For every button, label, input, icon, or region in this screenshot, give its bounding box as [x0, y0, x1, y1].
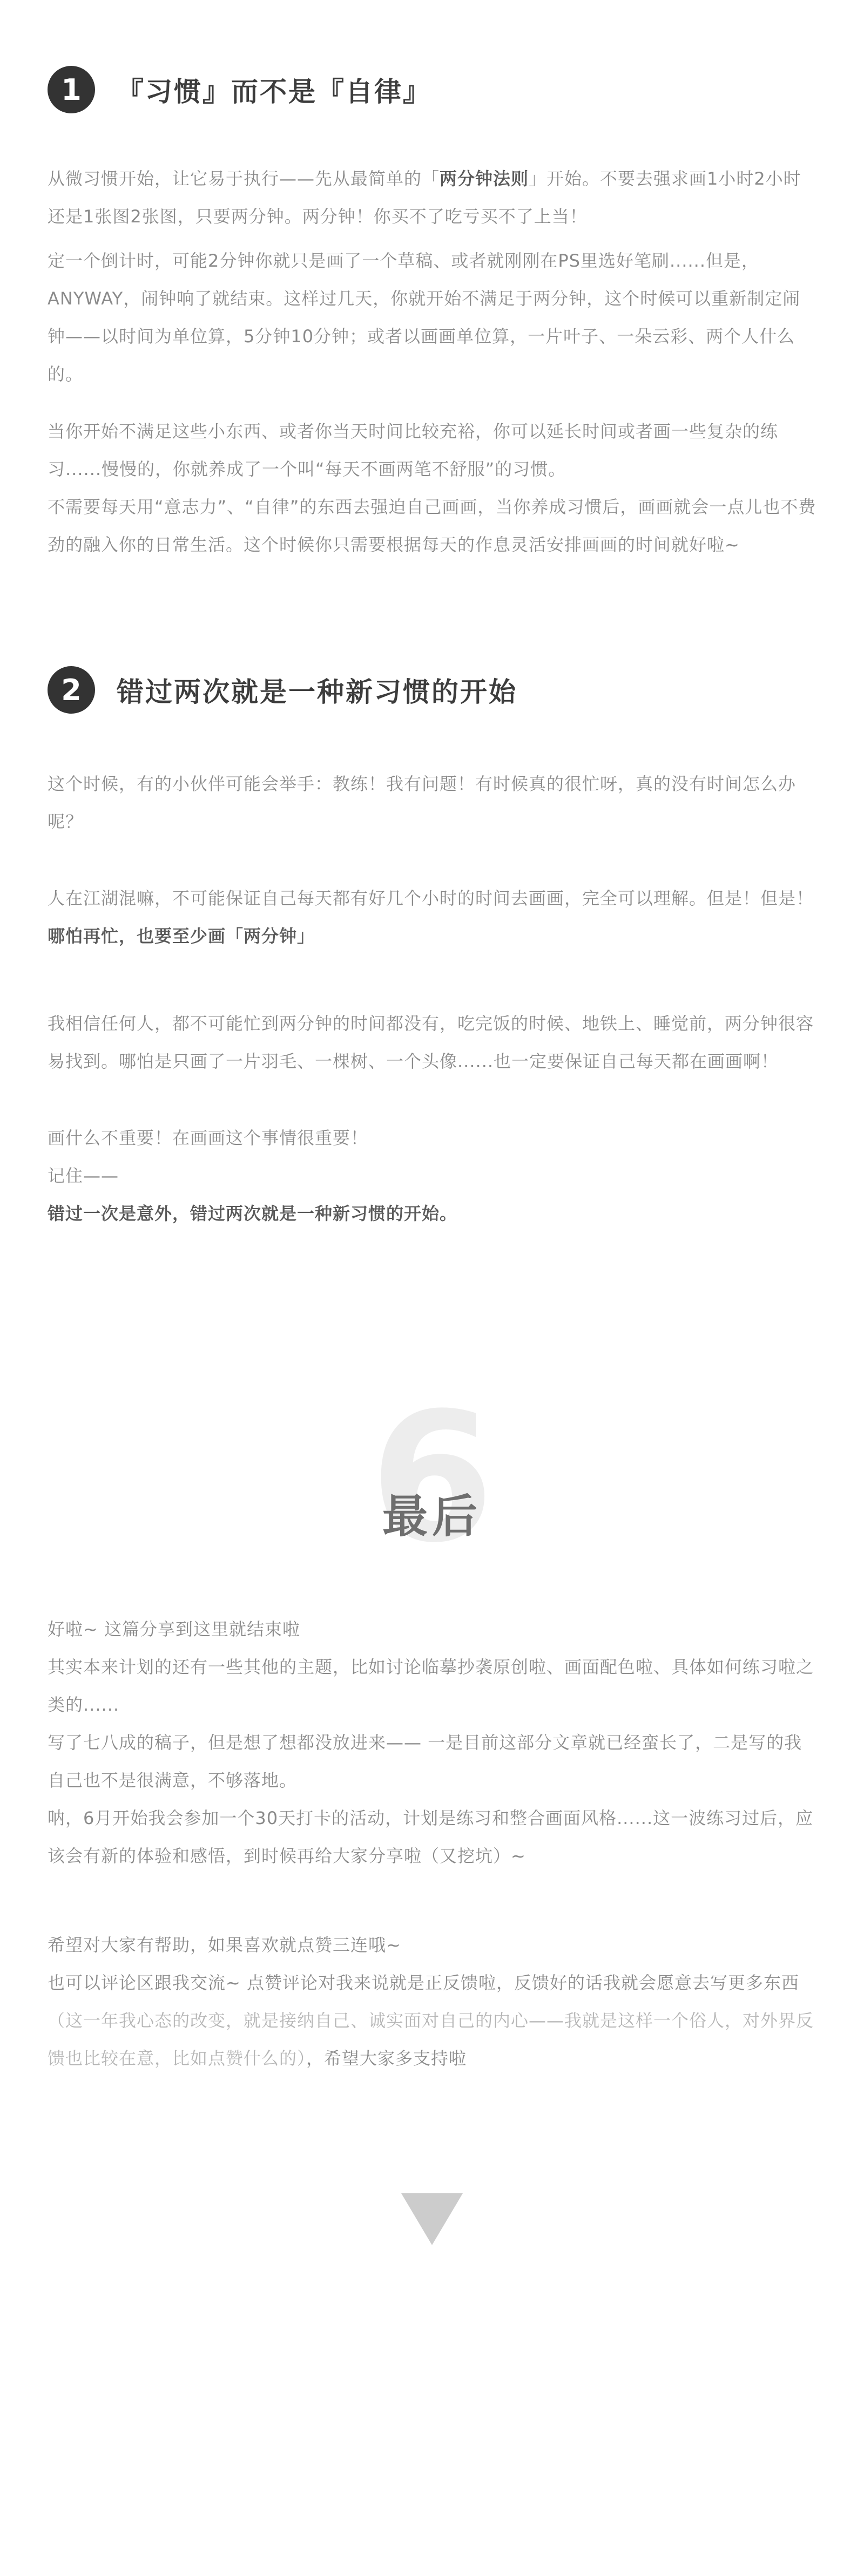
text-run: 这个时候，有的小伙伴可能会举手：教练！我有问题！有时候真的很忙呀，真的没有时间怎… — [48, 774, 796, 832]
article-content: 1 『习惯』而不是『自律』 从微习惯开始，让它易于执行——先从最简单的「两分钟法… — [0, 66, 864, 2245]
text-run: 不需要每天用“意志力”、“自律”的东西去强迫自己画画，当你养成习惯后，画画就会一… — [48, 497, 816, 555]
text-run: 错过一次是意外，错过两次就是一种新习惯的开始。 — [48, 1203, 457, 1224]
final-section-header: 6 最后 — [48, 1411, 816, 1545]
paragraph: 好啦~ 这篇分享到这里就结束啦 — [48, 1610, 816, 1648]
section-1-header: 1 『习惯』而不是『自律』 — [48, 66, 816, 113]
section-1-number: 1 — [61, 73, 82, 107]
paragraph: 人在江湖混嘛，不可能保证自己每天都有好几个小时的时间去画画，完全可以理解。但是！… — [48, 879, 816, 955]
paragraph: 定一个倒计时，可能2分钟你就只是画了一个草稿、或者就刚刚在PS里选好笔刷....… — [48, 242, 816, 393]
section-1-paragraphs: 从微习惯开始，让它易于执行——先从最简单的「两分钟法则」开始。不要去强求画1小时… — [48, 160, 816, 564]
paragraph: 这个时候，有的小伙伴可能会举手：教练！我有问题！有时候真的很忙呀，真的没有时间怎… — [48, 765, 816, 840]
paragraph: 呐，6月开始我会参加一个30天打卡的活动，计划是练习和整合画面风格......这… — [48, 1799, 816, 1875]
down-triangle-icon — [401, 2193, 463, 2245]
text-run: 其实本来计划的还有一些其他的主题，比如讨论临摹抄袭原创啦、画面配色啦、具体如何练… — [48, 1657, 814, 1715]
text-run: 两分钟法则 — [440, 168, 529, 189]
paragraph: 画什么不重要！在画画这个事情很重要！ — [48, 1119, 816, 1157]
text-run: 也可以评论区跟我交流~ 点赞评论对我来说就是正反馈啦，反馈好的话我就会愿意去写更… — [48, 1972, 799, 1993]
section-1-title: 『习惯』而不是『自律』 — [117, 70, 431, 109]
section-2-number: 2 — [61, 673, 82, 707]
section-2-header: 2 错过两次就是一种新习惯的开始 — [48, 666, 816, 714]
text-run: 人在江湖混嘛，不可能保证自己每天都有好几个小时的时间去画画，完全可以理解。但是！… — [48, 888, 814, 909]
text-run: 记住—— — [48, 1165, 119, 1186]
text-run: ，希望大家多支持啦 — [306, 2048, 467, 2069]
final-section-title: 最后 — [382, 1480, 482, 1545]
text-run: 希望对大家有帮助，如果喜欢就点赞三连哦~ — [48, 1935, 401, 1955]
text-run: 从微习惯开始，让它易于执行——先从最简单的「 — [48, 168, 440, 189]
paragraph: 也可以评论区跟我交流~ 点赞评论对我来说就是正反馈啦，反馈好的话我就会愿意去写更… — [48, 1964, 816, 2077]
paragraph: 我相信任何人，都不可能忙到两分钟的时间都没有，吃完饭的时候、地铁上、睡觉前，两分… — [48, 1005, 816, 1080]
paragraph: 错过一次是意外，错过两次就是一种新习惯的开始。 — [48, 1195, 816, 1232]
text-run: 哪怕再忙，也要至少画「两分钟」 — [48, 926, 315, 946]
section-1-number-badge: 1 — [48, 66, 95, 113]
section-2-number-badge: 2 — [48, 666, 95, 714]
text-run: 好啦~ 这篇分享到这里就结束啦 — [48, 1619, 300, 1639]
text-run: 当你开始不满足这些小东西、或者你当天时间比较充裕，你可以延长时间或者画一些复杂的… — [48, 421, 778, 479]
paragraph: 写了七八成的稿子，但是想了想都没放进来—— 一是目前这部分文章就已经蛮长了，二是… — [48, 1724, 816, 1799]
section-2-title: 错过两次就是一种新习惯的开始 — [117, 670, 517, 709]
paragraph: 不需要每天用“意志力”、“自律”的东西去强迫自己画画，当你养成习惯后，画画就会一… — [48, 488, 816, 564]
section-2-paragraphs: 这个时候，有的小伙伴可能会举手：教练！我有问题！有时候真的很忙呀，真的没有时间怎… — [48, 765, 816, 1232]
paragraph: 从微习惯开始，让它易于执行——先从最简单的「两分钟法则」开始。不要去强求画1小时… — [48, 160, 816, 235]
text-run: 呐，6月开始我会参加一个30天打卡的活动，计划是练习和整合画面风格......这… — [48, 1808, 813, 1866]
paragraph: 其实本来计划的还有一些其他的主题，比如讨论临摹抄袭原创啦、画面配色啦、具体如何练… — [48, 1648, 816, 1724]
support-paragraphs: 希望对大家有帮助，如果喜欢就点赞三连哦~也可以评论区跟我交流~ 点赞评论对我来说… — [48, 1926, 816, 2077]
paragraph: 当你开始不满足这些小东西、或者你当天时间比较充裕，你可以延长时间或者画一些复杂的… — [48, 412, 816, 488]
closing-paragraphs: 好啦~ 这篇分享到这里就结束啦其实本来计划的还有一些其他的主题，比如讨论临摹抄袭… — [48, 1610, 816, 1875]
text-run: 画什么不重要！在画画这个事情很重要！ — [48, 1128, 368, 1148]
text-run: 写了七八成的稿子，但是想了想都没放进来—— 一是目前这部分文章就已经蛮长了，二是… — [48, 1732, 802, 1791]
paragraph: 记住—— — [48, 1157, 816, 1195]
paragraph: 希望对大家有帮助，如果喜欢就点赞三连哦~ — [48, 1926, 816, 1964]
text-run: 定一个倒计时，可能2分钟你就只是画了一个草稿、或者就刚刚在PS里选好笔刷....… — [48, 250, 800, 384]
text-run: 我相信任何人，都不可能忙到两分钟的时间都没有，吃完饭的时候、地铁上、睡觉前，两分… — [48, 1013, 814, 1072]
